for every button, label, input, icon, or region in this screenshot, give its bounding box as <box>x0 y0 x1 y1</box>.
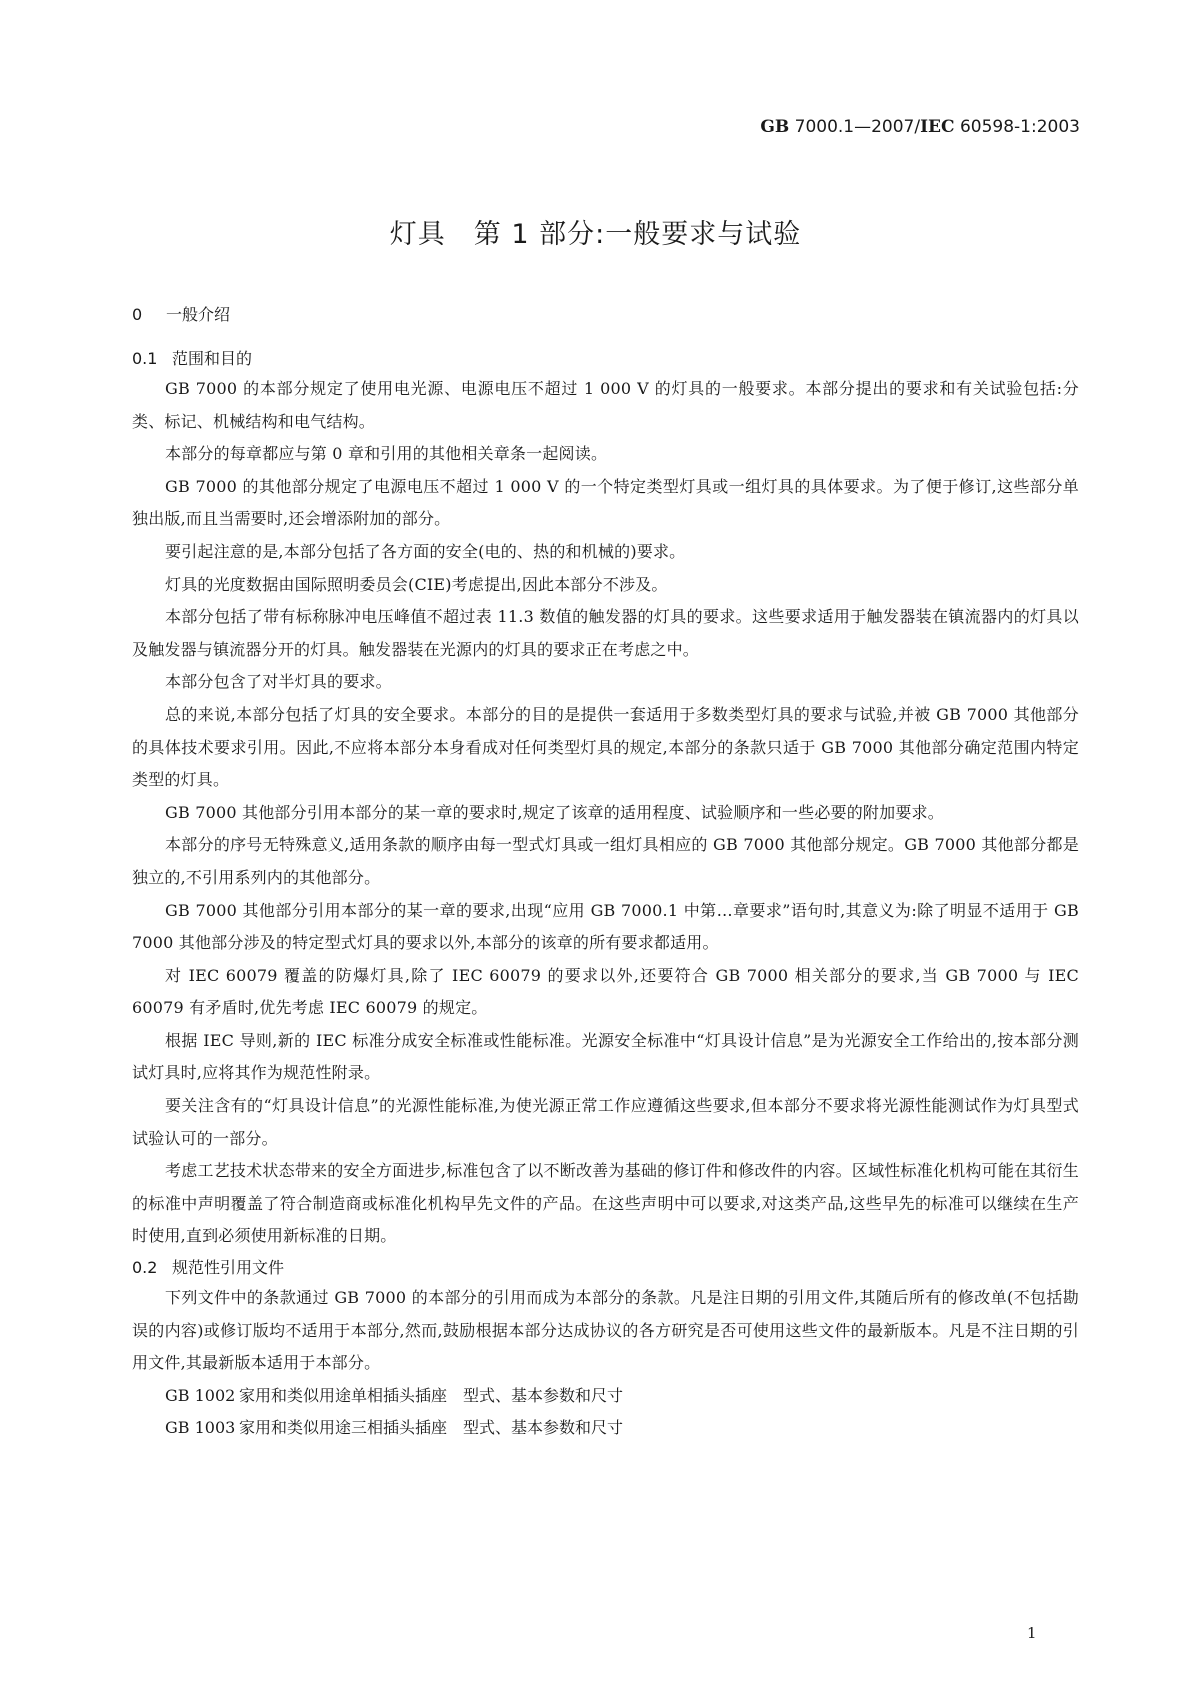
section-heading-0-2: 0.2规范性引用文件 <box>132 1253 1079 1282</box>
paragraph: 本部分的每章都应与第 0 章和引用的其他相关章条一起阅读。 <box>132 438 1079 471</box>
section-title: 一般介绍 <box>166 305 230 324</box>
gb-number: 7000.1—2007/ <box>789 117 920 137</box>
reference-item: GB 1002家用和类似用途单相插头插座型式、基本参数和尺寸 <box>132 1380 1079 1413</box>
paragraph: 下列文件中的条款通过 GB 7000 的本部分的引用而成为本部分的条款。凡是注日… <box>132 1282 1079 1380</box>
paragraph: GB 7000 的其他部分规定了电源电压不超过 1 000 V 的一个特定类型灯… <box>132 471 1079 536</box>
reference-code: GB 1003 <box>165 1412 239 1445</box>
section-number: 0 <box>132 300 166 330</box>
paragraph: 总的来说,本部分包括了灯具的安全要求。本部分的目的是提供一套适用于多数类型灯具的… <box>132 699 1079 797</box>
section-heading-0: 0一般介绍 <box>132 300 1079 334</box>
paragraph: 灯具的光度数据由国际照明委员会(CIE)考虑提出,因此本部分不涉及。 <box>132 569 1079 602</box>
reference-name: 家用和类似用途单相插头插座 <box>239 1380 447 1413</box>
paragraph: 本部分包括了带有标称脉冲电压峰值不超过表 11.3 数值的触发器的灯具的要求。这… <box>132 601 1079 666</box>
document-body: 0一般介绍 0.1范围和目的 GB 7000 的本部分规定了使用电光源、电源电压… <box>132 300 1079 1445</box>
reference-subtitle: 型式、基本参数和尺寸 <box>463 1386 623 1405</box>
paragraph: GB 7000 的本部分规定了使用电光源、电源电压不超过 1 000 V 的灯具… <box>132 373 1079 438</box>
reference-code: GB 1002 <box>165 1380 239 1413</box>
section-number: 0.1 <box>132 344 172 373</box>
iec-label: IEC <box>920 117 954 137</box>
section-heading-0-1: 0.1范围和目的 <box>132 344 1079 373</box>
reference-subtitle: 型式、基本参数和尺寸 <box>463 1418 623 1437</box>
paragraph: 本部分的序号无特殊意义,适用条款的顺序由每一型式灯具或一组灯具相应的 GB 70… <box>132 829 1079 894</box>
reference-name: 家用和类似用途三相插头插座 <box>239 1412 447 1445</box>
paragraph: 根据 IEC 导则,新的 IEC 标准分成安全标准或性能标准。光源安全标准中“灯… <box>132 1025 1079 1090</box>
section-number: 0.2 <box>132 1253 172 1282</box>
page-number: 1 <box>1027 1624 1037 1642</box>
paragraph: GB 7000 其他部分引用本部分的某一章的要求时,规定了该章的适用程度、试验顺… <box>132 797 1079 830</box>
section-title: 规范性引用文件 <box>172 1258 284 1277</box>
paragraph: GB 7000 其他部分引用本部分的某一章的要求,出现“应用 GB 7000.1… <box>132 895 1079 960</box>
reference-item: GB 1003家用和类似用途三相插头插座型式、基本参数和尺寸 <box>132 1412 1079 1445</box>
iec-number: 60598-1:2003 <box>955 117 1080 137</box>
section-title: 范围和目的 <box>172 349 252 368</box>
paragraph: 考虑工艺技术状态带来的安全方面进步,标准包含了以不断改善为基础的修订件和修改件的… <box>132 1155 1079 1253</box>
paragraph: 本部分包含了对半灯具的要求。 <box>132 666 1079 699</box>
document-title: 灯具 第 1 部分:一般要求与试验 <box>0 212 1191 251</box>
paragraph: 要关注含有的“灯具设计信息”的光源性能标准,为使光源正常工作应遵循这些要求,但本… <box>132 1090 1079 1155</box>
paragraph: 要引起注意的是,本部分包括了各方面的安全(电的、热的和机械的)要求。 <box>132 536 1079 569</box>
standard-code-header: GB 7000.1—2007/IEC 60598-1:2003 <box>760 117 1080 137</box>
paragraph: 对 IEC 60079 覆盖的防爆灯具,除了 IEC 60079 的要求以外,还… <box>132 960 1079 1025</box>
gb-label: GB <box>760 117 789 137</box>
